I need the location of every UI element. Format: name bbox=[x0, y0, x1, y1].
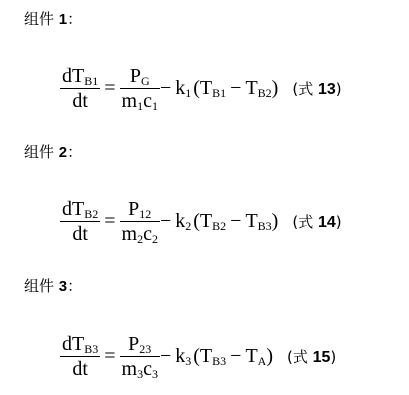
temperature-difference: (TB3−TA) bbox=[193, 345, 273, 368]
label-prefix: 组件 bbox=[24, 277, 54, 295]
rhs-fraction: P23 m3c3 bbox=[120, 332, 160, 381]
lhs-fraction: dTB1 dt bbox=[60, 64, 100, 113]
equation-tag: (式 13) bbox=[292, 78, 341, 99]
minus-sign: − bbox=[160, 77, 171, 100]
equation-tag: (式 15) bbox=[287, 346, 336, 367]
label-prefix: 组件 bbox=[24, 10, 54, 28]
label-number: 1 bbox=[59, 11, 67, 28]
k-coefficient: k3 bbox=[175, 345, 191, 368]
equals-sign: = bbox=[104, 77, 115, 100]
equation-tag: (式 14) bbox=[292, 211, 341, 232]
lhs-fraction: dTB3 dt bbox=[60, 332, 100, 381]
component-2-label: 组件 2： bbox=[24, 143, 82, 162]
equals-sign: = bbox=[104, 345, 115, 368]
component-1-label: 组件 1： bbox=[24, 10, 82, 29]
component-3-label: 组件 3： bbox=[24, 277, 82, 296]
label-prefix: 组件 bbox=[24, 143, 54, 161]
k-coefficient: k1 bbox=[175, 77, 191, 100]
equation-13: dTB1 dt = PG m1c1 − k1 (TB1−TB2) (式 13) bbox=[60, 58, 342, 118]
equation-15: dTB3 dt = P23 m3c3 − k3 (TB3−TA) (式 15) bbox=[60, 326, 336, 386]
minus-sign: − bbox=[160, 210, 171, 233]
label-colon: ： bbox=[67, 143, 82, 161]
label-number: 3 bbox=[59, 278, 67, 295]
k-coefficient: k2 bbox=[175, 210, 191, 233]
label-colon: ： bbox=[67, 10, 82, 28]
temperature-difference: (TB2−TB3) bbox=[193, 210, 278, 233]
minus-sign: − bbox=[160, 345, 171, 368]
label-colon: ： bbox=[67, 277, 82, 295]
rhs-fraction: P12 m2c2 bbox=[120, 197, 160, 246]
lhs-fraction: dTB2 dt bbox=[60, 197, 100, 246]
label-number: 2 bbox=[59, 144, 67, 161]
equals-sign: = bbox=[104, 210, 115, 233]
temperature-difference: (TB1−TB2) bbox=[193, 77, 278, 100]
rhs-fraction: PG m1c1 bbox=[120, 64, 160, 113]
equation-14: dTB2 dt = P12 m2c2 − k2 (TB2−TB3) (式 14) bbox=[60, 191, 342, 251]
